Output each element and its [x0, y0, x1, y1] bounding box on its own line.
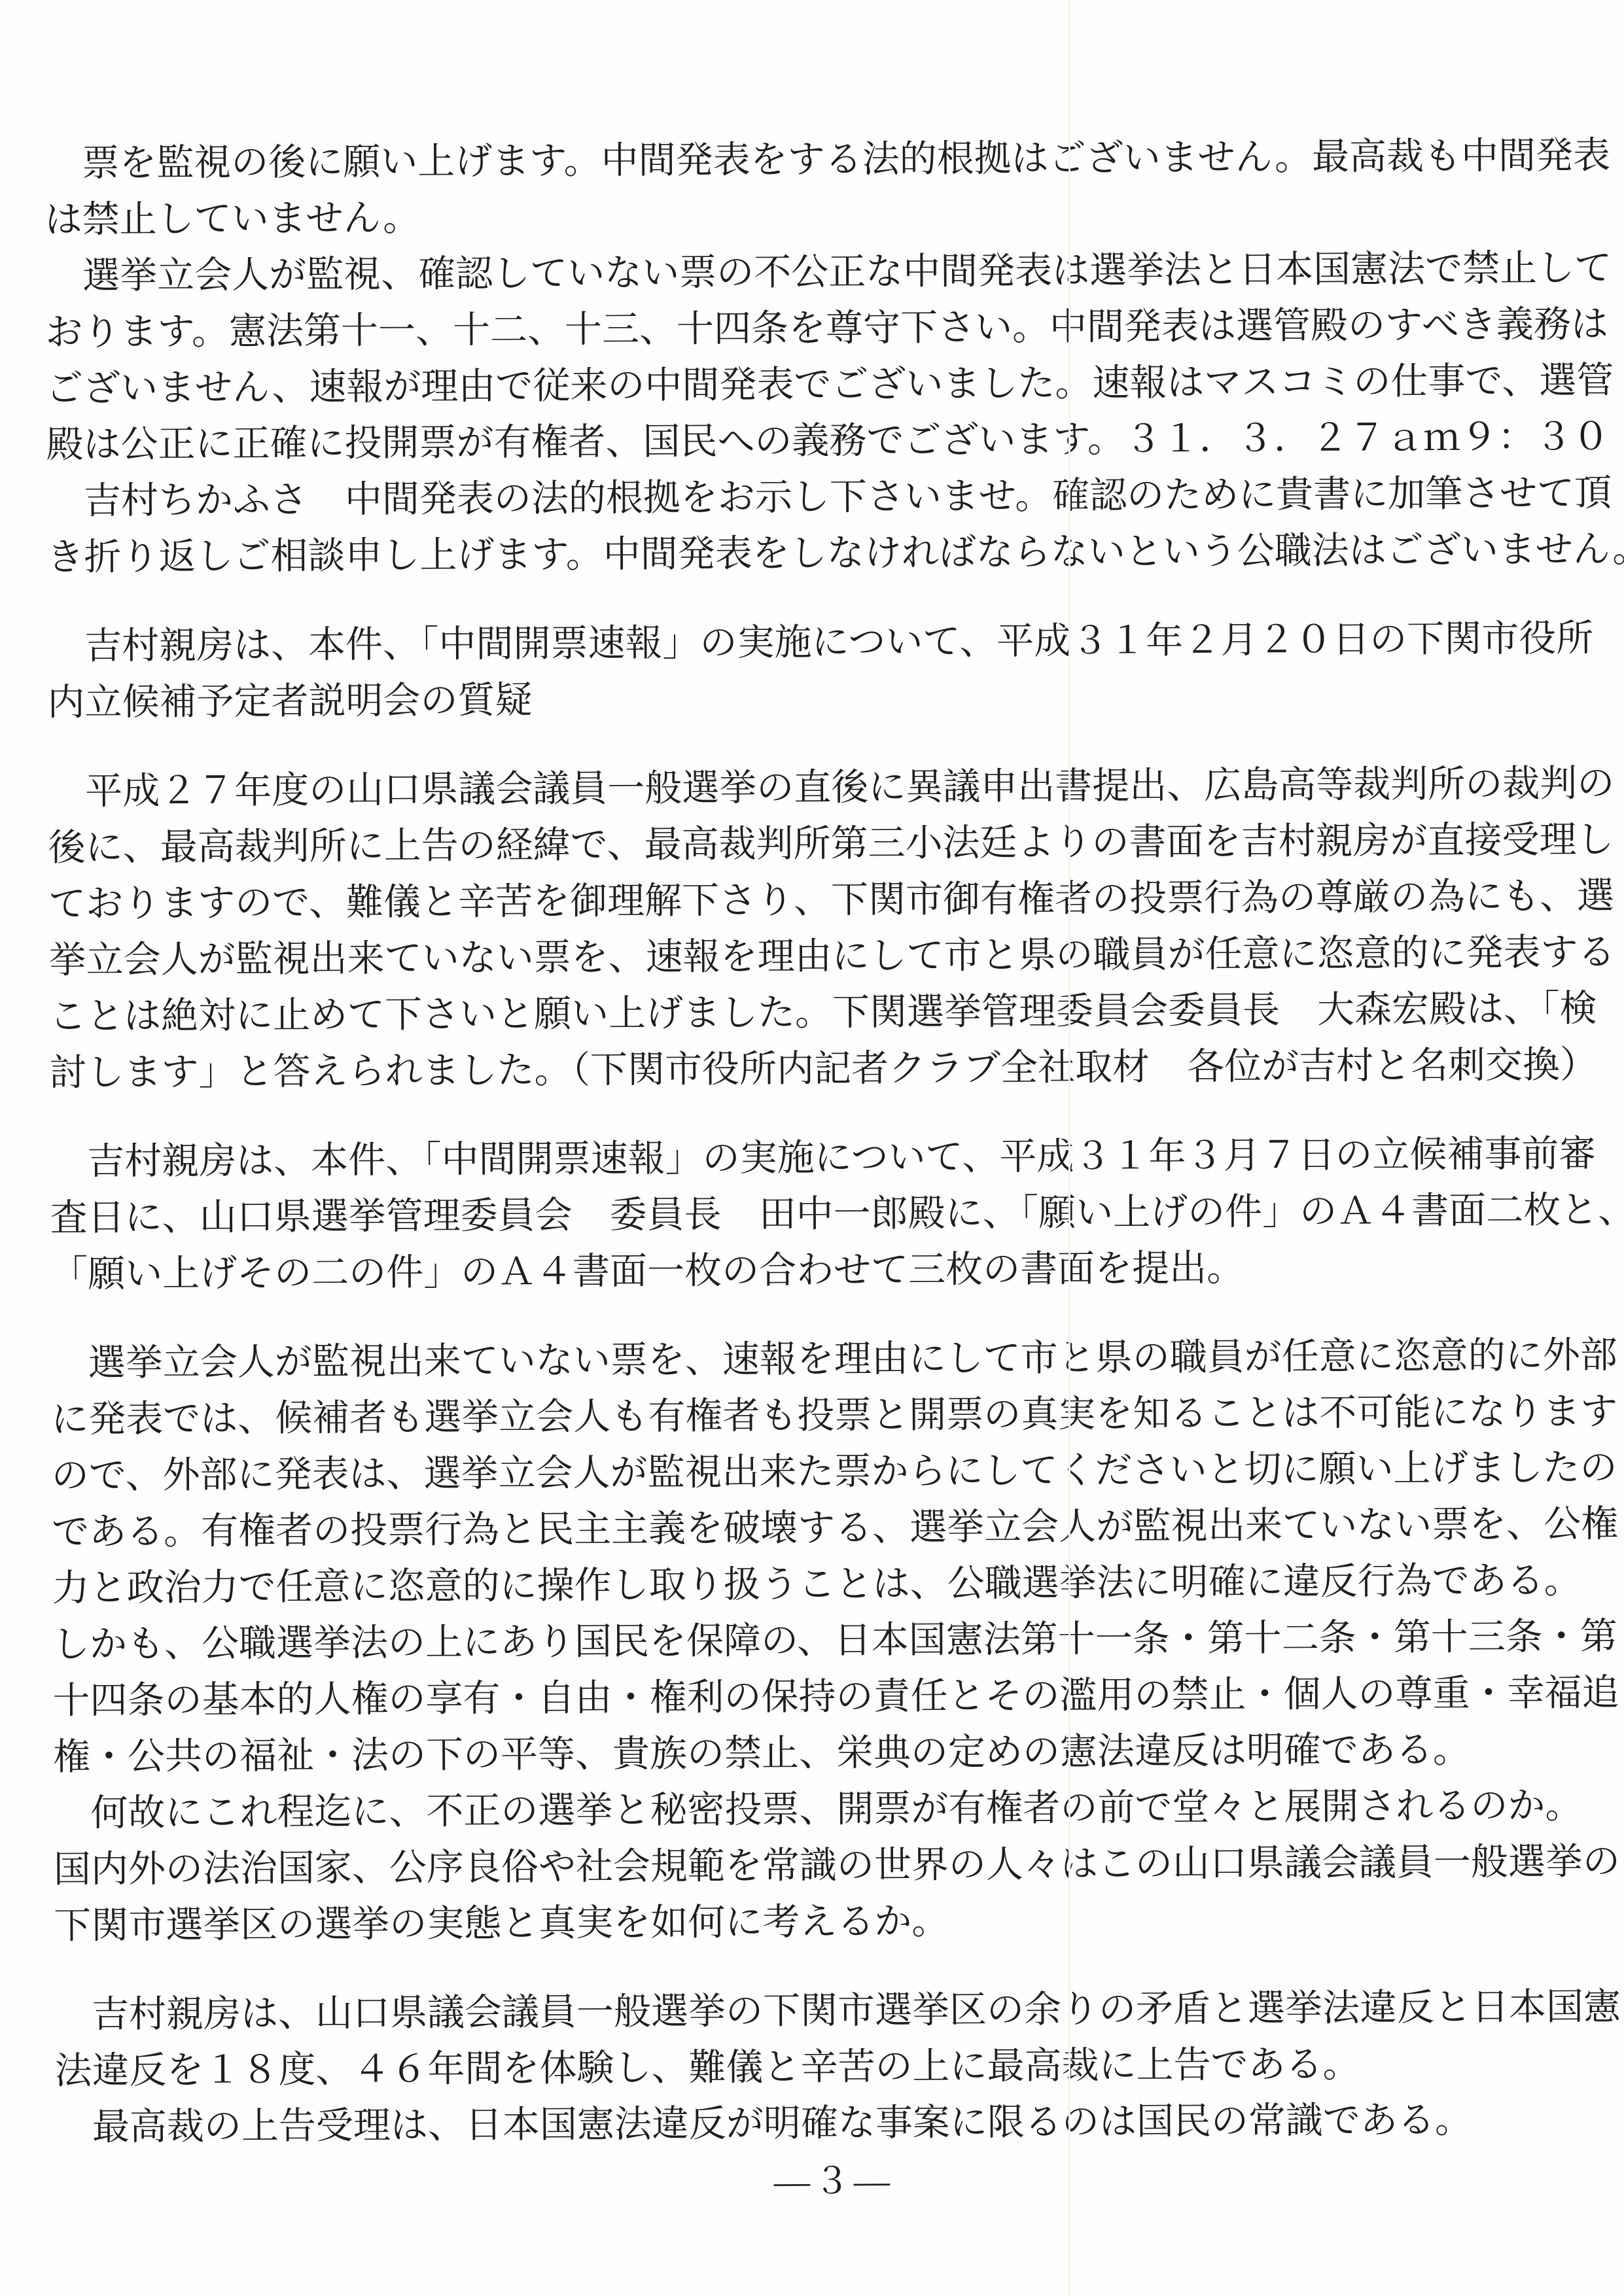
text-line: 「願い上げその二の件」のＡ４書面一枚の合わせて三枚の書面を提出。	[50, 1239, 1608, 1303]
text-line: は禁止していません。	[44, 184, 1602, 249]
text-line: 国内外の法治国家、公序良俗や社会規範を常識の世界の人々はこの山口県議会議員一般選…	[54, 1834, 1611, 1898]
text-line: 内立候補予定者説明会の質疑	[47, 667, 1604, 731]
text-line: 挙立会人が監視出来ていない票を、速報を理由にして市と県の職員が任意に恣意的に発表…	[48, 925, 1606, 989]
text-line: 討します」と答えられました。（下関市役所内記者クラブ全社取材 各位が吉村と名刺交…	[49, 1037, 1606, 1102]
text-line: おります。憲法第十一、十二、十三、十四条を尊守下さい。中間発表は選管殿のすべき義…	[45, 297, 1602, 361]
text-line: 吉村親房は、山口県議会議員一般選挙の下関市選挙区の余りの矛盾と選挙法違反と日本国…	[54, 1979, 1612, 2044]
text-line: 十四条の基本的人権の享有・自由・権利の保持の責任とその濫用の禁止・個人の尊重・幸…	[52, 1665, 1610, 1730]
text-line: き折り返しご相談申し上げます。中間発表をしなければならないという公職法はございま…	[46, 522, 1604, 586]
paragraph-block: 平成２７年度の山口県議会議員一般選挙の直後に異議申出書提出、広島高等裁判所の裁判…	[48, 756, 1607, 1102]
text-line: ございません、速報が理由で従来の中間発表でございました。速報はマスコミの仕事で、…	[46, 353, 1603, 417]
text-line: ておりますので、難儀と辛苦を御理解下さり、下関市御有権者の投票行為の尊厳の為にも…	[48, 869, 1606, 933]
paragraph-block: 吉村親房は、山口県議会議員一般選挙の下関市選挙区の余りの矛盾と選挙法違反と日本国…	[54, 1979, 1612, 2156]
text-line: 選挙立会人が監視、確認していない票の不公正な中間発表は選挙法と日本国憲法で禁止し…	[45, 241, 1602, 305]
text-line: 吉村ちかふさ 中間発表の法的根拠をお示し下さいませ。確認のために貴書に加筆させて…	[46, 466, 1604, 530]
document-body: 票を監視の後に願い上げます。中間発表をする法的根拠はございません。最高裁も中間発…	[0, 0, 1624, 2211]
text-line: ことは絶対に止めて下さいと願い上げました。下関選挙管理委員会委員長 大森宏殿は、…	[49, 981, 1606, 1045]
text-line: 力と政治力で任意に恣意的に操作し取り扱うことは、公職選挙法に明確に違反行為である…	[52, 1553, 1609, 1617]
page-number: ―３―	[55, 2152, 1612, 2211]
text-line: しかも、公職選挙法の上にあり国民を保障の、日本国憲法第十一条・第十二条・第十三条…	[52, 1609, 1610, 1673]
text-line: ので、外部に発表は、選挙立会人が監視出来た票からにしてくださいと切に願い上げまし…	[52, 1440, 1609, 1505]
text-line: 選挙立会人が監視出来ていない票を、速報を理由にして市と県の職員が任意に恣意的に外…	[51, 1328, 1608, 1392]
text-line: 最高裁の上告受理は、日本国憲法違反が明確な事案に限るのは国民の常識である。	[55, 2092, 1612, 2156]
text-line: である。有権者の投票行為と民主主義を破壊する、選挙立会人が監視出来ていない票を、…	[52, 1497, 1609, 1561]
text-line: 吉村親房は、本件、「中間開票速報」の実施について、平成３１年３月７日の立候補事前…	[50, 1126, 1607, 1191]
text-line: に発表では、候補者も選挙立会人も有権者も投票と開票の真実を知ることは不可能になり…	[51, 1384, 1608, 1448]
text-line: 何故にこれ程迄に、不正の選挙と秘密投票、開票が有権者の前で堂々と展開されるのか。	[53, 1778, 1610, 1842]
text-line: 法違反を１８度、４６年間を体験し、難儀と辛苦の上に最高裁に上告である。	[54, 2036, 1612, 2100]
text-line: 後に、最高裁判所に上告の経緯で、最高裁判所第三小法廷よりの書面を吉村親房が直接受…	[48, 812, 1605, 877]
text-line: 殿は公正に正確に投開票が有権者、国民への義務でございます。３１．３．２７ａｍ９：…	[46, 409, 1603, 474]
text-line: 吉村親房は、本件、「中間開票速報」の実施について、平成３１年２月２０日の下関市役…	[47, 611, 1604, 675]
text-line: 下関市選挙区の選挙の実態と真実を如何に考えるか。	[54, 1890, 1611, 1955]
text-line: 票を監視の後に願い上げます。中間発表をする法的根拠はございません。最高裁も中間発…	[44, 128, 1602, 192]
text-line: 平成２７年度の山口県議会議員一般選挙の直後に異議申出書提出、広島高等裁判所の裁判…	[48, 756, 1605, 820]
paragraph-block: 票を監視の後に願い上げます。中間発表をする法的根拠はございません。最高裁も中間発…	[44, 128, 1604, 586]
paragraph-block: 選挙立会人が監視出来ていない票を、速報を理由にして市と県の職員が任意に恣意的に外…	[51, 1328, 1612, 1955]
paragraph-block: 吉村親房は、本件、「中間開票速報」の実施について、平成３１年２月２０日の下関市役…	[47, 611, 1605, 731]
text-line: 査日に、山口県選挙管理委員会 委員長 田中一郎殿に、「願い上げの件」のＡ４書面二…	[50, 1183, 1607, 1247]
scanned-page: 票を監視の後に願い上げます。中間発表をする法的根拠はございません。最高裁も中間発…	[0, 0, 1624, 2296]
paragraph-block: 吉村親房は、本件、「中間開票速報」の実施について、平成３１年３月７日の立候補事前…	[50, 1126, 1608, 1303]
text-line: 権・公共の福祉・法の下の平等、貴族の禁止、栄典の定めの憲法違反は明確である。	[53, 1722, 1610, 1786]
